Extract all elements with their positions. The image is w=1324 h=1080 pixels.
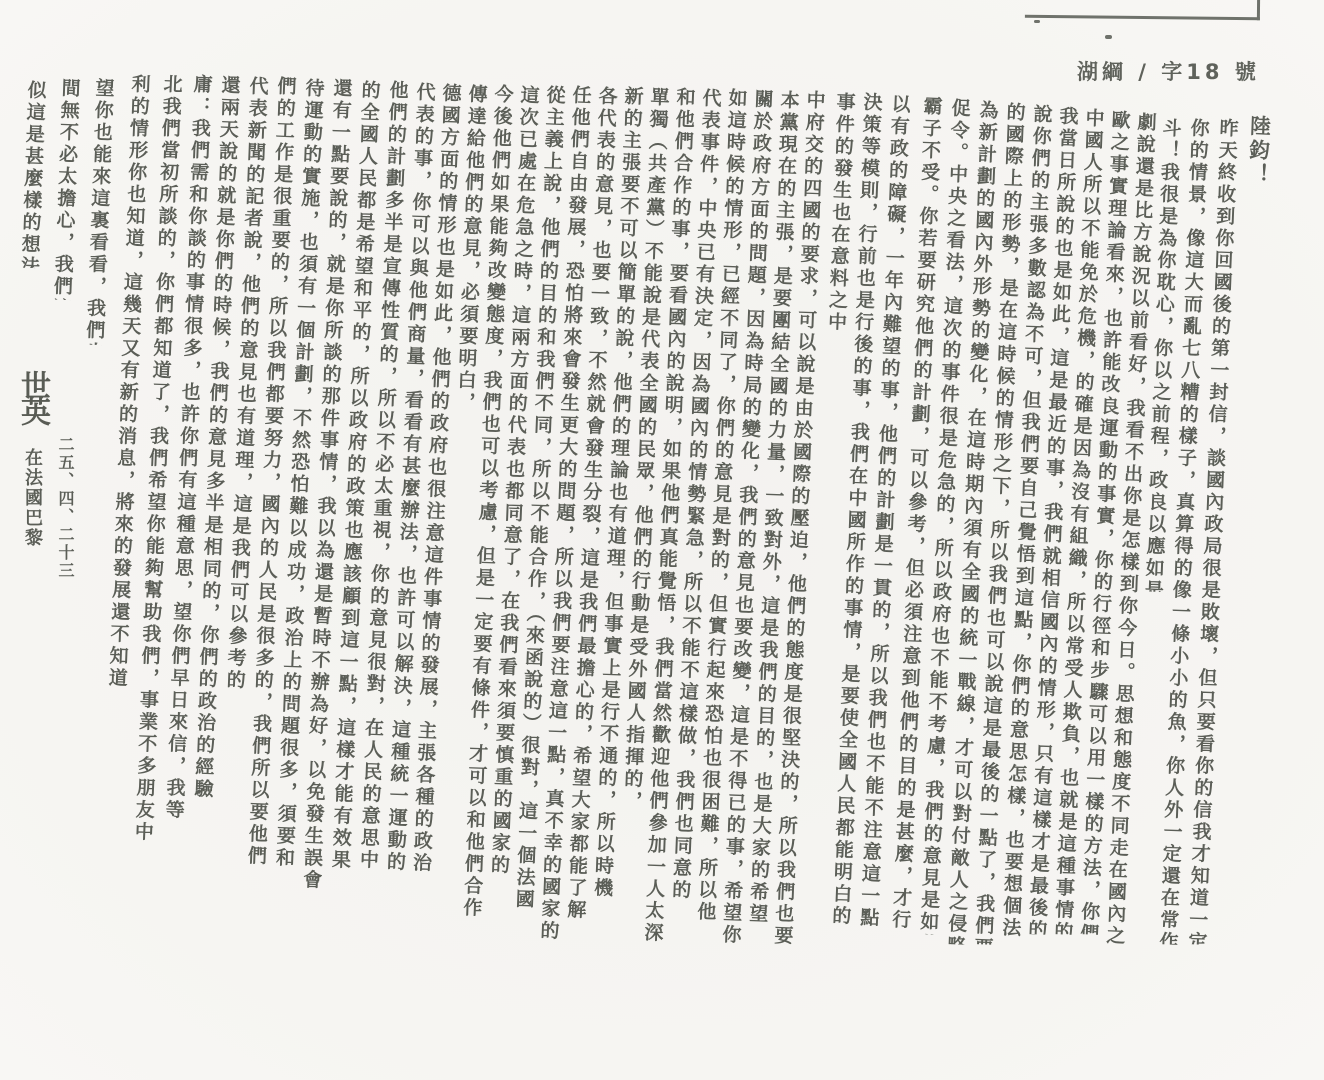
archive-stamp-box [1025,0,1260,20]
signature-name: 世英 [10,370,54,422]
scanned-letter-page: 湖綱 / 字18 號 陸鈞！ 昨天終收到你回國後的第一封信，談國內政局很是敗壞，… [0,0,1324,1080]
signature-date: 二五、四、二十三 [52,436,76,580]
ink-speck [1105,35,1112,39]
ink-speck [1034,20,1040,23]
letter-column: 似這是甚麼樣的想法，請給我回信 [18,80,47,269]
letter-salutation: 陸鈞！ [1246,115,1271,202]
letter-column: 望你也能來這裏看看，我們也很想念你 [83,78,115,346]
letter-column: 事件的發生也在意料之中， [825,92,856,331]
letter-column: 間無不必太擔心，我們這裏一切都好 [50,78,81,301]
archive-reference-number: 湖綱 / 字18 號 [1077,56,1260,86]
signature-place: 在法國巴黎 [20,448,44,548]
